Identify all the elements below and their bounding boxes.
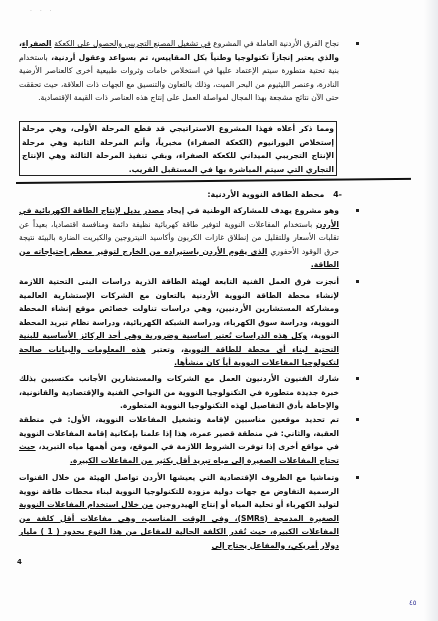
text-run: نجاح الفرق الأردنية العاملة في المشروع [211, 39, 339, 48]
bullet-icon [356, 42, 359, 45]
section3-bullet: نجاح الفرق الأردنية العاملة في المشروع ف… [19, 37, 339, 105]
text-run: وهو مشروع يهدف للمشاركة الوطنية في إيجاد [164, 206, 339, 215]
summary-box: ومما ذكر أعلاه فهذا المشروع الاستراتيجي … [19, 121, 337, 176]
bullet-paragraph: شارك الفنيون الأردنيون العمل مع الشركات … [19, 372, 339, 413]
handwritten-stamp: ٤٥ [409, 599, 417, 607]
text-run: تم تحديد موقعين مناسبين لإقامة وتشغيل ال… [19, 415, 339, 451]
text-run: شارك الفنيون الأردنيون العمل مع الشركات … [19, 374, 339, 410]
scan-edge-shadow [424, 0, 438, 621]
scan-noise: · · · [30, 8, 55, 15]
section4-bullet-3: شارك الفنيون الأردنيون العمل مع الشركات … [19, 372, 339, 413]
summary-text: ومما ذكر أعلاه فهذا المشروع الاستراتيجي … [22, 124, 334, 174]
document-page: · · · نجاح الفرق الأردنية العاملة في الم… [0, 0, 438, 621]
bullet-paragraph: أنجزت فرق العمل الفنية التابعة لهيئة الط… [19, 275, 339, 370]
bullet-icon [356, 476, 359, 479]
section-divider [16, 178, 411, 184]
section4-bullet-2: أنجزت فرق العمل الفنية التابعة لهيئة الط… [19, 275, 339, 370]
section-title: محطة الطاقة النووية الأردنية: [207, 190, 324, 199]
page-number: 4 [17, 558, 22, 566]
bullet-paragraph: تم تحديد موقعين مناسبين لإقامة وتشغيل ال… [19, 413, 339, 467]
bullet-icon [356, 280, 359, 283]
text-run: ، وتعتبر [146, 345, 184, 354]
section4-bullet-4: تم تحديد موقعين مناسبين لإقامة وتشغيل ال… [19, 413, 339, 467]
section4-bullet-5: وتماشيا مع الظروف الإقتصادية التي يعيشها… [19, 471, 339, 552]
bullet-icon [356, 209, 359, 212]
section-heading: -4 محطة الطاقة النووية الأردنية: [207, 190, 342, 199]
section-number: -4 [333, 190, 342, 199]
bullet-icon [356, 418, 359, 421]
bullet-icon [356, 377, 359, 380]
underlined-text: الصفراء [22, 39, 52, 48]
bullet-paragraph: وتماشيا مع الظروف الإقتصادية التي يعيشها… [19, 471, 339, 552]
section4-bullet-1: وهو مشروع يهدف للمشاركة الوطنية في إيجاد… [19, 204, 339, 272]
bullet-paragraph: نجاح الفرق الأردنية العاملة في المشروع ف… [19, 37, 339, 105]
bullet-paragraph: وهو مشروع يهدف للمشاركة الوطنية في إيجاد… [19, 204, 339, 272]
underlined-text: في تشغيل المصنع التجريبي والحصول على الك… [54, 39, 211, 48]
